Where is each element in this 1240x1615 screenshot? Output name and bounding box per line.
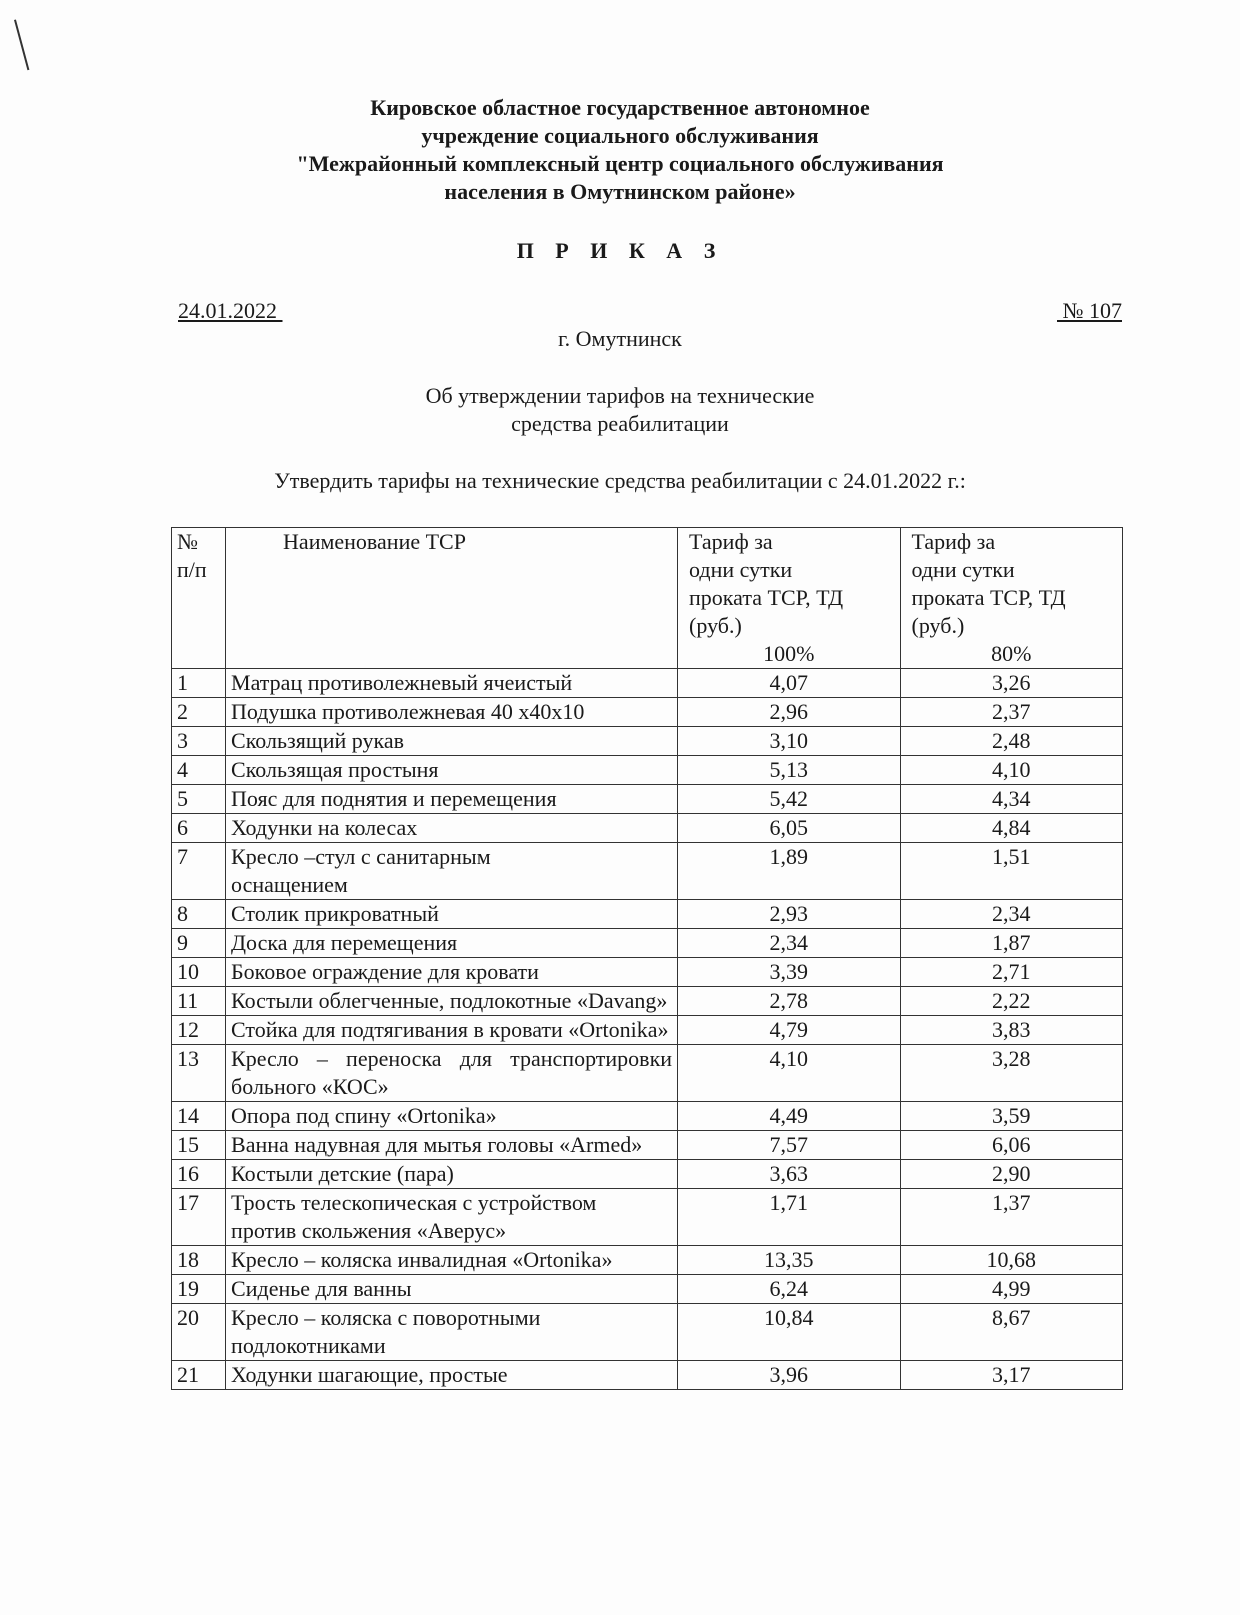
row-item-name: Ходунки на колесах	[226, 814, 678, 843]
row-tariff-80: 4,34	[900, 785, 1123, 814]
table-row: 20Кресло – коляска с поворотными подлоко…	[172, 1304, 1123, 1361]
table-row: 3Скользящий рукав3,102,48	[172, 727, 1123, 756]
table-row: 1Матрац противолежневый ячеистый4,073,26	[172, 669, 1123, 698]
header-num: № п/п	[172, 528, 226, 669]
table-row: 17Трость телескопическая с устройством п…	[172, 1189, 1123, 1246]
row-tariff-80: 2,71	[900, 958, 1123, 987]
row-tariff-80: 4,99	[900, 1275, 1123, 1304]
city: г. Омутнинск	[0, 326, 1240, 352]
row-tariff-100: 2,96	[678, 698, 900, 727]
row-item-name: Ванна надувная для мытья головы «Armed»	[226, 1131, 678, 1160]
row-tariff-100: 3,39	[678, 958, 900, 987]
row-number: 16	[172, 1160, 226, 1189]
row-tariff-80: 3,26	[900, 669, 1123, 698]
row-tariff-80: 2,90	[900, 1160, 1123, 1189]
order-subject: Об утверждении тарифов на технические ср…	[0, 382, 1240, 438]
row-number: 14	[172, 1102, 226, 1131]
table-row: 13Кресло – переноска для транспортировки…	[172, 1045, 1123, 1102]
row-item-name: Сиденье для ванны	[226, 1275, 678, 1304]
row-tariff-100: 10,84	[678, 1304, 900, 1361]
tariff-table: № п/п Наименование ТСР Тариф за одни сут…	[171, 527, 1123, 1390]
organization-name: Кировское областное государственное авто…	[0, 94, 1240, 206]
row-number: 20	[172, 1304, 226, 1361]
row-tariff-100: 4,79	[678, 1016, 900, 1045]
row-tariff-100: 6,24	[678, 1275, 900, 1304]
row-item-name: Кресло – коляска с поворотными подлокотн…	[226, 1304, 678, 1361]
table-row: 18Кресло – коляска инвалидная «Ortonika»…	[172, 1246, 1123, 1275]
row-tariff-80: 1,37	[900, 1189, 1123, 1246]
row-tariff-80: 3,59	[900, 1102, 1123, 1131]
row-item-name: Столик прикроватный	[226, 900, 678, 929]
row-tariff-100: 3,10	[678, 727, 900, 756]
row-tariff-100: 5,13	[678, 756, 900, 785]
row-tariff-100: 4,07	[678, 669, 900, 698]
org-line: "Межрайонный комплексный центр социально…	[0, 150, 1240, 178]
row-item-name: Кресло –стул с санитарным оснащением	[226, 843, 678, 900]
row-item-name: Стойка для подтягивания в кровати «Orton…	[226, 1016, 678, 1045]
row-tariff-80: 4,10	[900, 756, 1123, 785]
row-item-name: Кресло – коляска инвалидная «Ortonika»	[226, 1246, 678, 1275]
row-item-name: Скользящий рукав	[226, 727, 678, 756]
row-tariff-80: 2,48	[900, 727, 1123, 756]
row-number: 1	[172, 669, 226, 698]
row-tariff-100: 7,57	[678, 1131, 900, 1160]
order-number: № 107	[1057, 298, 1122, 324]
table-row: 11Костыли облегченные, подлокотные «Dava…	[172, 987, 1123, 1016]
table-row: 16Костыли детские (пара)3,632,90	[172, 1160, 1123, 1189]
row-number: 6	[172, 814, 226, 843]
table-row: 21Ходунки шагающие, простые3,963,17	[172, 1361, 1123, 1390]
row-tariff-80: 2,34	[900, 900, 1123, 929]
row-number: 7	[172, 843, 226, 900]
row-tariff-100: 1,71	[678, 1189, 900, 1246]
row-number: 5	[172, 785, 226, 814]
order-intro: Утвердить тарифы на технические средства…	[0, 468, 1240, 494]
row-tariff-80: 6,06	[900, 1131, 1123, 1160]
row-number: 8	[172, 900, 226, 929]
row-number: 21	[172, 1361, 226, 1390]
row-item-name: Кресло – переноска для транспортировки б…	[226, 1045, 678, 1102]
row-item-name: Ходунки шагающие, простые	[226, 1361, 678, 1390]
row-number: 15	[172, 1131, 226, 1160]
row-item-name: Костыли детские (пара)	[226, 1160, 678, 1189]
table-row: 7Кресло –стул с санитарным оснащением1,8…	[172, 843, 1123, 900]
row-tariff-100: 13,35	[678, 1246, 900, 1275]
row-tariff-80: 2,37	[900, 698, 1123, 727]
table-row: 10Боковое ограждение для кровати3,392,71	[172, 958, 1123, 987]
row-item-name: Подушка противолежневая 40 х40х10	[226, 698, 678, 727]
row-number: 4	[172, 756, 226, 785]
row-tariff-80: 4,84	[900, 814, 1123, 843]
subject-line: Об утверждении тарифов на технические	[0, 382, 1240, 410]
row-item-name: Доска для перемещения	[226, 929, 678, 958]
row-tariff-80: 10,68	[900, 1246, 1123, 1275]
row-item-name: Боковое ограждение для кровати	[226, 958, 678, 987]
row-number: 2	[172, 698, 226, 727]
table-row: 5Пояс для поднятия и перемещения5,424,34	[172, 785, 1123, 814]
row-tariff-100: 5,42	[678, 785, 900, 814]
row-tariff-100: 3,63	[678, 1160, 900, 1189]
row-item-name: Трость телескопическая с устройством про…	[226, 1189, 678, 1246]
org-line: населения в Омутнинском районе»	[0, 178, 1240, 206]
row-tariff-80: 3,28	[900, 1045, 1123, 1102]
table-body: 1Матрац противолежневый ячеистый4,073,26…	[172, 669, 1123, 1390]
table-row: 14Опора под спину «Ortonika»4,493,59	[172, 1102, 1123, 1131]
row-number: 18	[172, 1246, 226, 1275]
row-tariff-100: 1,89	[678, 843, 900, 900]
row-tariff-80: 1,51	[900, 843, 1123, 900]
table-header-row: № п/п Наименование ТСР Тариф за одни сут…	[172, 528, 1123, 669]
row-item-name: Матрац противолежневый ячеистый	[226, 669, 678, 698]
row-number: 13	[172, 1045, 226, 1102]
org-line: учреждение социального обслуживания	[0, 122, 1240, 150]
table-row: 19Сиденье для ванны6,244,99	[172, 1275, 1123, 1304]
table-row: 8Столик прикроватный2,932,34	[172, 900, 1123, 929]
row-number: 19	[172, 1275, 226, 1304]
scan-artifact-mark	[14, 19, 29, 70]
row-tariff-100: 6,05	[678, 814, 900, 843]
table-row: 9Доска для перемещения2,341,87	[172, 929, 1123, 958]
row-item-name: Опора под спину «Ortonika»	[226, 1102, 678, 1131]
org-line: Кировское областное государственное авто…	[0, 94, 1240, 122]
row-tariff-80: 3,83	[900, 1016, 1123, 1045]
table-row: 15Ванна надувная для мытья головы «Armed…	[172, 1131, 1123, 1160]
row-item-name: Скользящая простыня	[226, 756, 678, 785]
row-number: 9	[172, 929, 226, 958]
row-item-name: Костыли облегченные, подлокотные «Davang…	[226, 987, 678, 1016]
row-tariff-100: 2,34	[678, 929, 900, 958]
row-tariff-80: 1,87	[900, 929, 1123, 958]
row-tariff-80: 3,17	[900, 1361, 1123, 1390]
row-tariff-80: 2,22	[900, 987, 1123, 1016]
header-name: Наименование ТСР	[226, 528, 678, 669]
row-tariff-100: 4,49	[678, 1102, 900, 1131]
row-tariff-100: 2,78	[678, 987, 900, 1016]
header-tariff-100: Тариф за одни сутки проката ТСР, ТД (руб…	[678, 528, 900, 669]
row-number: 17	[172, 1189, 226, 1246]
table-row: 6Ходунки на колесах6,054,84	[172, 814, 1123, 843]
row-number: 10	[172, 958, 226, 987]
table-row: 4Скользящая простыня5,134,10	[172, 756, 1123, 785]
order-date: 24.01.2022	[178, 298, 283, 324]
row-tariff-100: 2,93	[678, 900, 900, 929]
row-tariff-80: 8,67	[900, 1304, 1123, 1361]
subject-line: средства реабилитации	[0, 410, 1240, 438]
document-type: П Р И К А З	[0, 238, 1240, 264]
row-number: 11	[172, 987, 226, 1016]
row-item-name: Пояс для поднятия и перемещения	[226, 785, 678, 814]
header-tariff-80: Тариф за одни сутки проката ТСР, ТД (руб…	[900, 528, 1123, 669]
row-tariff-100: 3,96	[678, 1361, 900, 1390]
row-number: 12	[172, 1016, 226, 1045]
row-tariff-100: 4,10	[678, 1045, 900, 1102]
row-number: 3	[172, 727, 226, 756]
table-row: 12Стойка для подтягивания в кровати «Ort…	[172, 1016, 1123, 1045]
table-row: 2Подушка противолежневая 40 х40х102,962,…	[172, 698, 1123, 727]
